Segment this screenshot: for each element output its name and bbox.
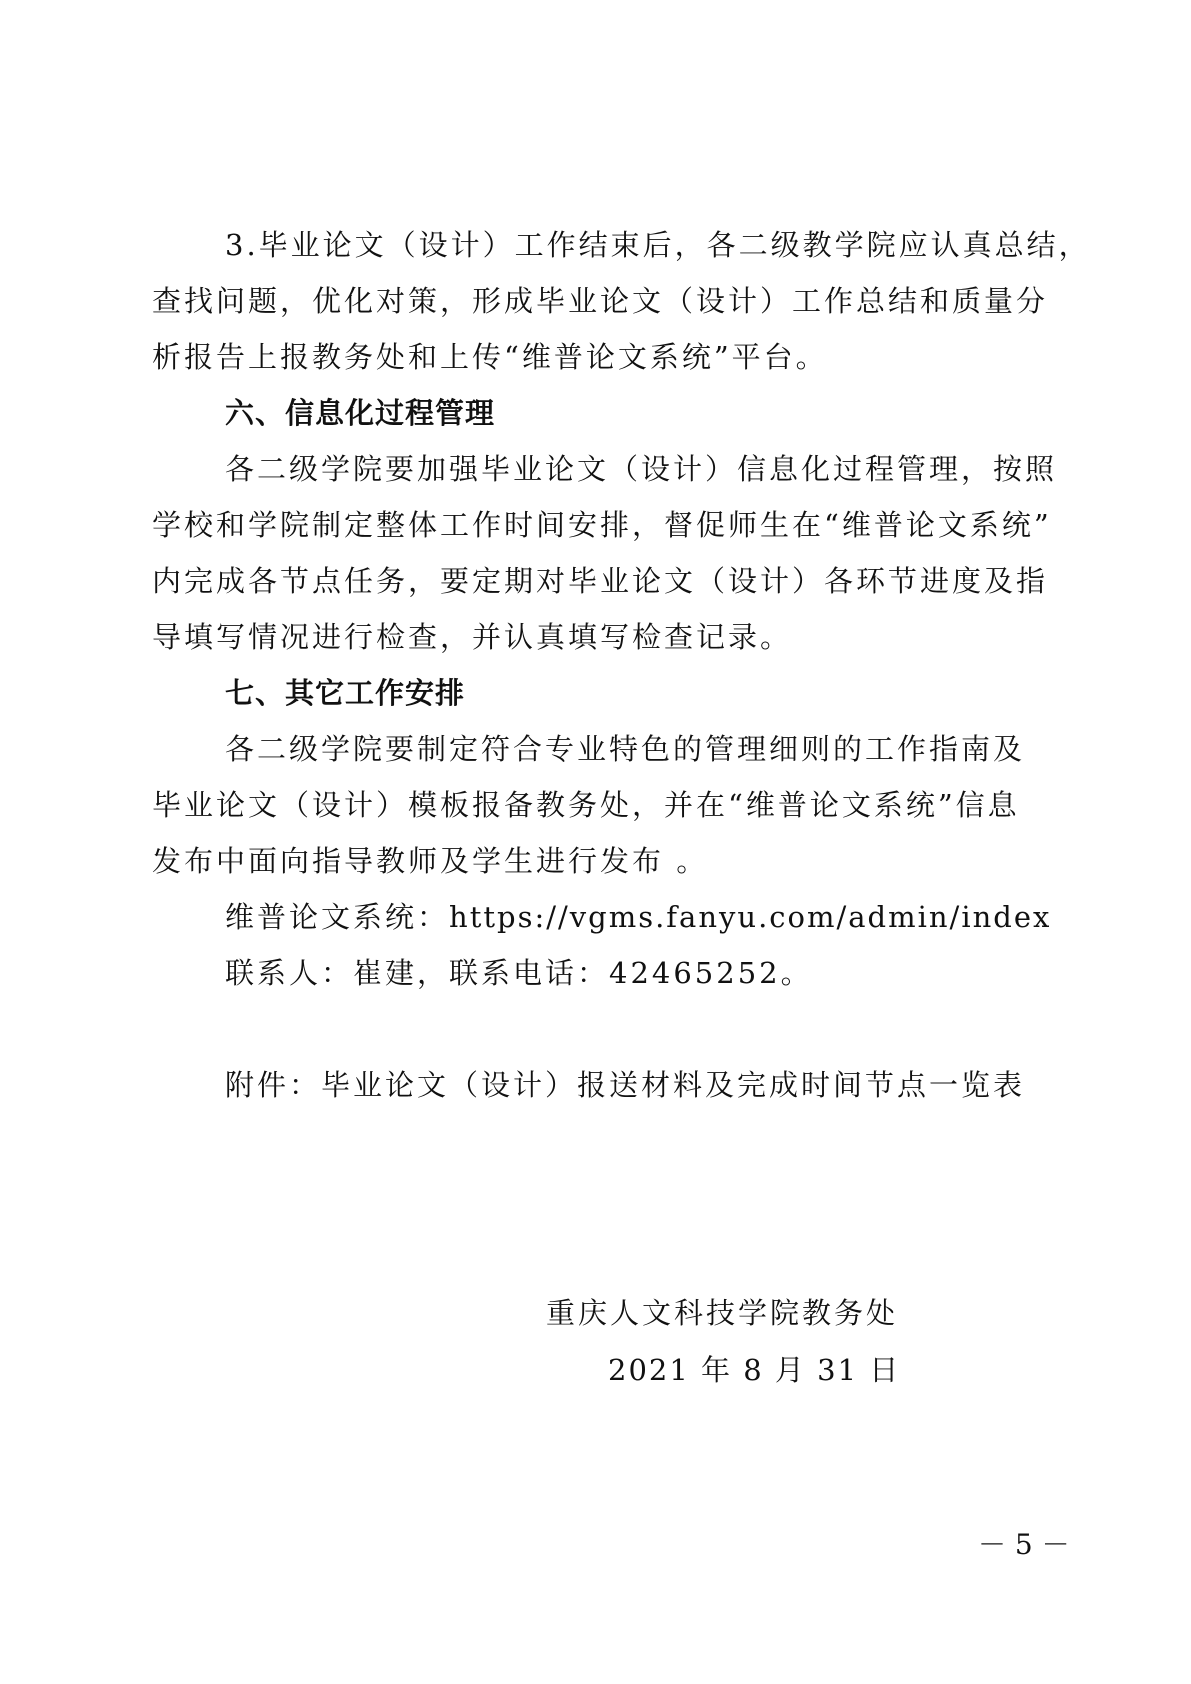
paragraph-line: 查找问题，优化对策，形成毕业论文（设计）工作总结和质量分 bbox=[152, 273, 1048, 329]
paragraph-line: 内完成各节点任务，要定期对毕业论文（设计）各环节进度及指 bbox=[152, 553, 1048, 609]
paragraph-line: 毕业论文（设计）模板报备教务处，并在“维普论文系统”信息 bbox=[152, 777, 1048, 833]
signature-date: 2021 年 8 月 31 日 bbox=[608, 1342, 900, 1398]
system-link-url[interactable]: https://vgms.fanyu.com/admin/index bbox=[449, 900, 1051, 934]
paragraph-line: 3.毕业论文（设计）工作结束后，各二级教学院应认真总结， bbox=[152, 217, 1048, 273]
contact-line: 联系人：崔建，联系电话：42465252。 bbox=[152, 945, 1048, 1001]
blank-line bbox=[152, 1001, 1048, 1057]
section-6-paragraph: 各二级学院要加强毕业论文（设计）信息化过程管理，按照 bbox=[152, 441, 1048, 497]
section-7-paragraph: 各二级学院要制定符合专业特色的管理细则的工作指南及 bbox=[152, 721, 1048, 777]
document-body: 3.毕业论文（设计）工作结束后，各二级教学院应认真总结， 查找问题，优化对策，形… bbox=[152, 217, 1048, 1113]
section-7-heading: 七、其它工作安排 bbox=[152, 665, 1048, 721]
paragraph-line: 析报告上报教务处和上传“维普论文系统”平台。 bbox=[152, 329, 1048, 385]
contact-text: 联系人：崔建，联系电话：42465252。 bbox=[152, 945, 1048, 1001]
paragraph-line: 各二级学院要制定符合专业特色的管理细则的工作指南及 bbox=[152, 721, 1048, 777]
attachment-line: 附件：毕业论文（设计）报送材料及完成时间节点一览表 bbox=[152, 1057, 1048, 1113]
paragraph-3: 3.毕业论文（设计）工作结束后，各二级教学院应认真总结， bbox=[152, 217, 1048, 273]
paragraph-line: 学校和学院制定整体工作时间安排，督促师生在“维普论文系统” bbox=[152, 497, 1048, 553]
signature-organization: 重庆人文科技学院教务处 bbox=[546, 1285, 898, 1341]
paragraph-line: 各二级学院要加强毕业论文（设计）信息化过程管理，按照 bbox=[152, 441, 1048, 497]
paragraph-line: 发布中面向指导教师及学生进行发布 。 bbox=[152, 833, 1048, 889]
system-link-line: 维普论文系统：https://vgms.fanyu.com/admin/inde… bbox=[152, 889, 1048, 945]
page-number: － 5 － bbox=[978, 1527, 1070, 1563]
paragraph-line: 导填写情况进行检查，并认真填写检查记录。 bbox=[152, 609, 1048, 665]
section-6-continuation: 学校和学院制定整体工作时间安排，督促师生在“维普论文系统” 内完成各节点任务，要… bbox=[152, 497, 1048, 665]
section-6-heading: 六、信息化过程管理 bbox=[152, 385, 1048, 441]
document-page: 3.毕业论文（设计）工作结束后，各二级教学院应认真总结， 查找问题，优化对策，形… bbox=[0, 0, 1191, 1684]
paragraph-3-continuation: 查找问题，优化对策，形成毕业论文（设计）工作总结和质量分 析报告上报教务处和上传… bbox=[152, 273, 1048, 385]
system-link-label: 维普论文系统： bbox=[225, 900, 449, 934]
attachment-text: 附件：毕业论文（设计）报送材料及完成时间节点一览表 bbox=[152, 1057, 1048, 1113]
section-7-continuation: 毕业论文（设计）模板报备教务处，并在“维普论文系统”信息 发布中面向指导教师及学… bbox=[152, 777, 1048, 889]
